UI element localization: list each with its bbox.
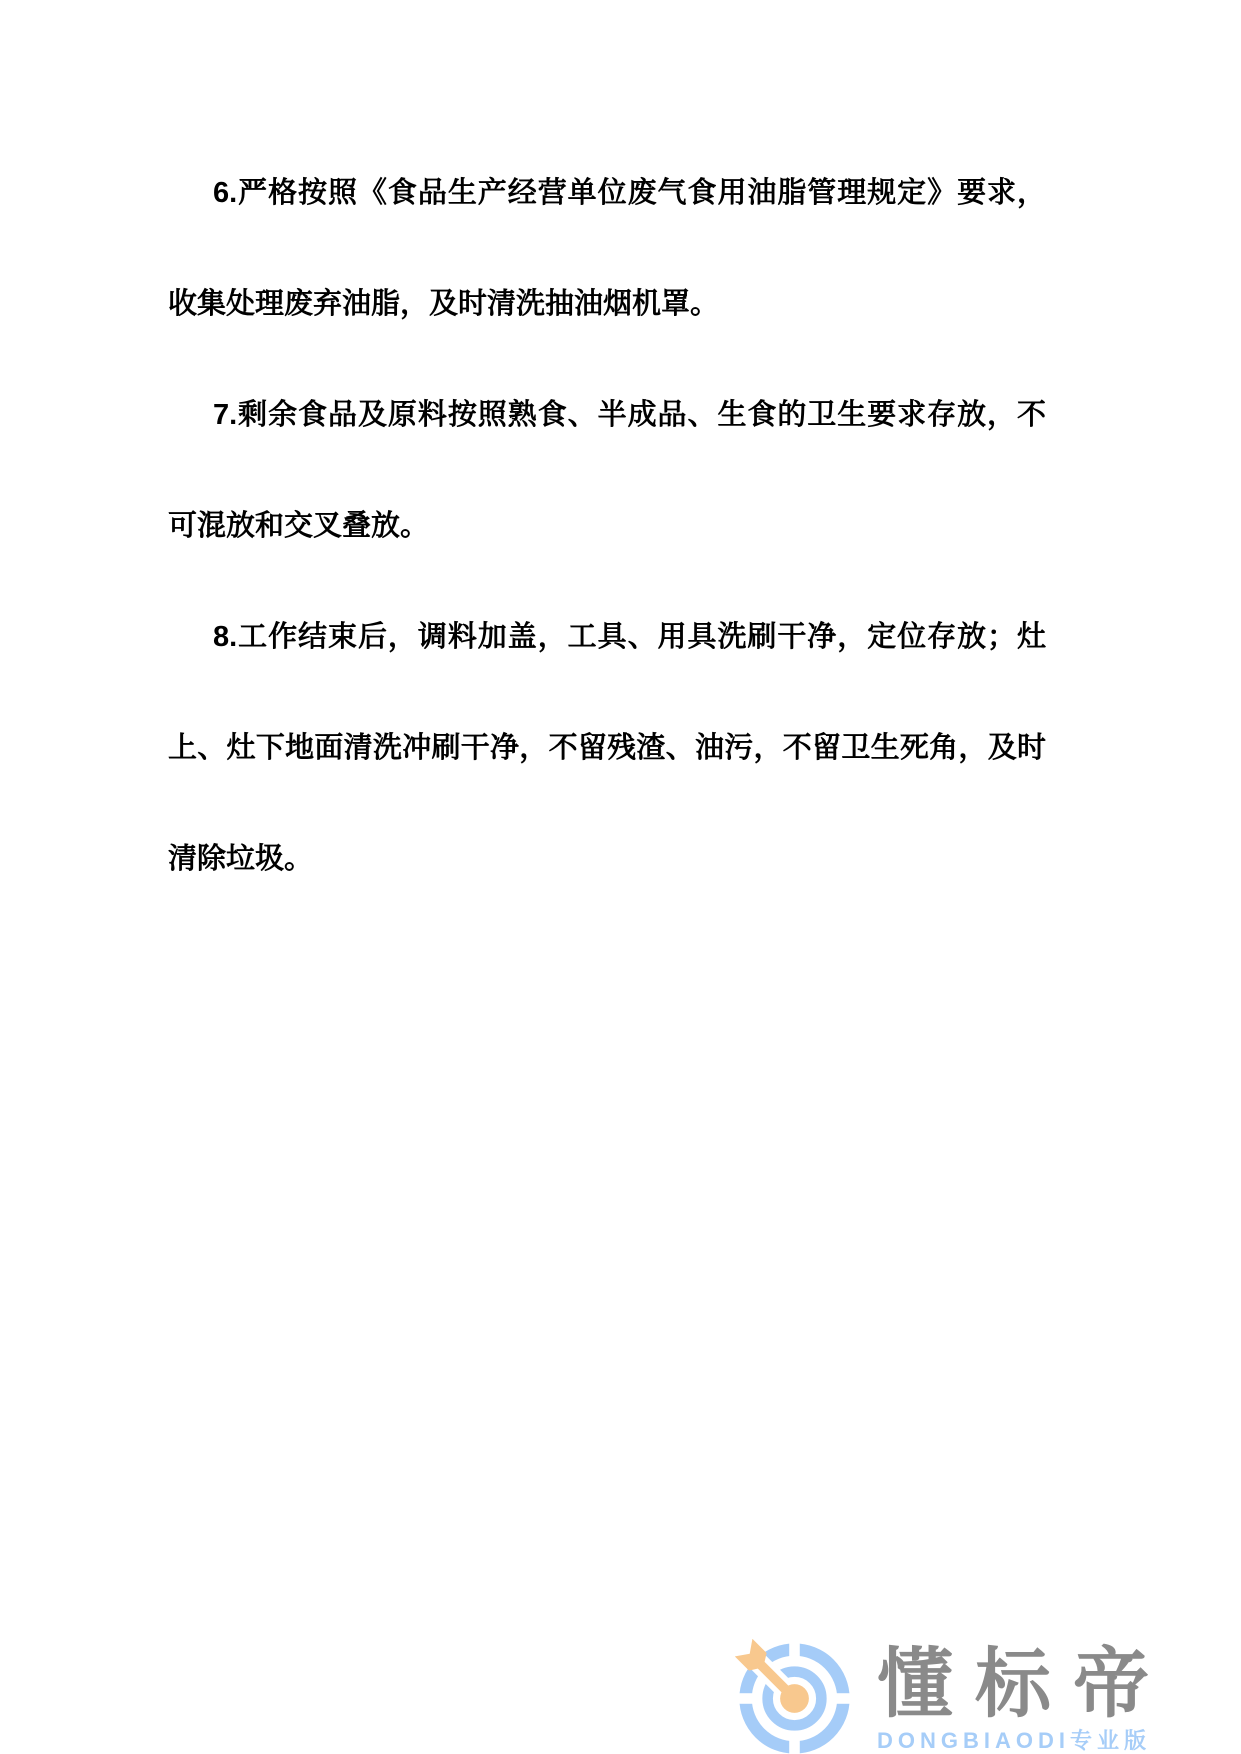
watermark-text: 懂标帝 DONGBIAODI专业版 [877,1647,1171,1752]
paragraph-7-line-1: 7.剩余食品及原料按照熟食、半成品、生食的卫生要求存放，不 [168,360,1046,471]
brand-name-cn: 懂标帝 [877,1647,1171,1723]
dart-fletching [735,1639,772,1676]
target-inner-ring [768,1672,822,1726]
ring-gaps [735,1639,854,1754]
paragraph-7-line-2: 可混放和交叉叠放。 [168,471,1046,582]
paragraph-6-line-2: 收集处理废弃油脂，及时清洗抽油烟机罩。 [168,249,1046,360]
paragraph-8-line-1: 8.工作结束后，调料加盖，工具、用具洗刷干净，定位存放；灶 [168,582,1046,693]
dart-head [774,1678,815,1719]
target-outer-ring [746,1650,844,1748]
paragraph-8-line-3: 清除垃圾。 [168,804,1046,915]
paragraph-6-line-1: 6.严格按照《食品生产经营单位废气食用油脂管理规定》要求， [168,138,1046,249]
document-body: 6.严格按照《食品生产经营单位废气食用油脂管理规定》要求， 收集处理废弃油脂，及… [168,138,1046,915]
document-page: 6.严格按照《食品生产经营单位废气食用油脂管理规定》要求， 收集处理废弃油脂，及… [0,0,1241,1754]
paragraph-8-line-2: 上、灶下地面清洗冲刷干净，不留残渣、油污，不留卫生死角，及时 [168,693,1046,804]
brand-name-sub: DONGBIAODI专业版 [877,1730,1171,1752]
dart-shaft [754,1658,799,1703]
target-dart-icon [735,1639,854,1754]
dart-icon [735,1639,815,1719]
